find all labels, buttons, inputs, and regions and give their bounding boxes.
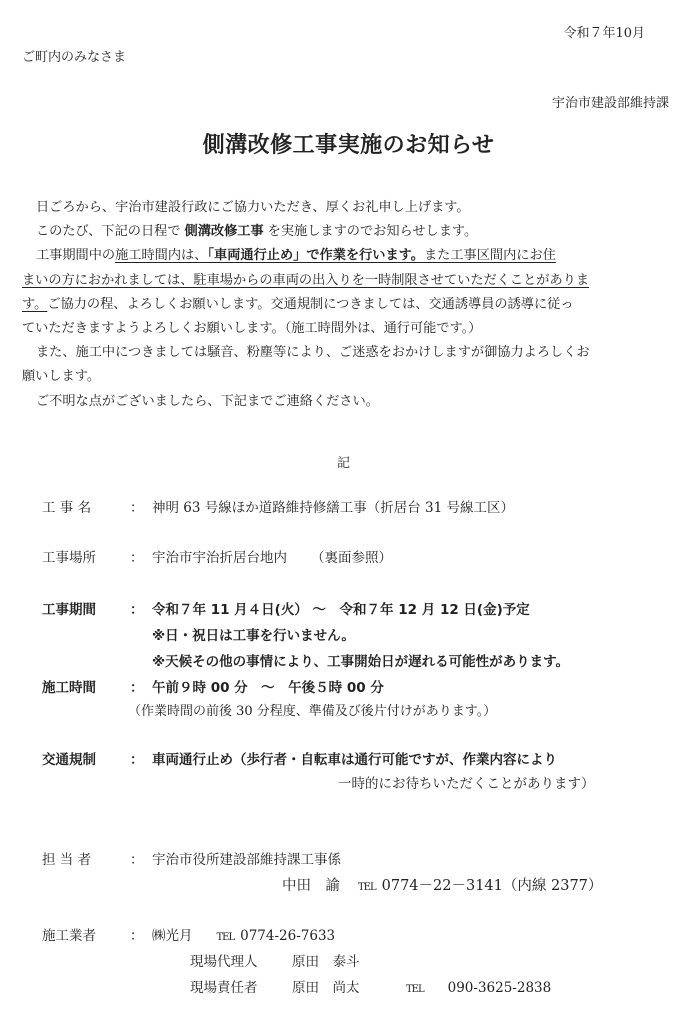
paragraph-noise-line2: 願いします。 bbox=[22, 365, 682, 389]
project-name-row: 工 事 名：神明 63 号線ほか道路維持修繕工事（折居台 31 号線工区） bbox=[42, 496, 514, 516]
contractor-company: ㈱光月 bbox=[152, 928, 193, 944]
colon: ： bbox=[130, 598, 152, 618]
road-closure-emphasis: 「車両通行止め」で作業を行います。 bbox=[207, 248, 424, 263]
site-agent-row: 現場代理人原田 泰斗 bbox=[190, 950, 360, 970]
colon: ： bbox=[130, 546, 152, 566]
site-manager-row: 現場責任者原田 尚太TEL090-3625-2838 bbox=[190, 976, 551, 996]
location-note: （裏面参照） bbox=[311, 550, 392, 566]
paragraph-restriction-line2: まいの方におかれましては、駐車場からの車両の出入りを一時制限させていただくことが… bbox=[22, 269, 682, 293]
paragraph-contact: ご不明な点がございましたら、下記までご連絡ください。 bbox=[22, 390, 682, 414]
hours-note: （作業時間の前後 30 分程度、準備及び後片付けがあります。） bbox=[128, 700, 496, 719]
tel-icon: TEL bbox=[358, 882, 376, 893]
project-name-value: 神明 63 号線ほか道路維持修繕工事（折居台 31 号線工区） bbox=[152, 500, 514, 516]
contractor-tel: 0774-26-7633 bbox=[240, 928, 335, 944]
traffic-value-line1: 車両通行止め（歩行者・自転車は通行可能ですが、作業内容により bbox=[152, 752, 557, 768]
ki-heading: 記 bbox=[337, 452, 350, 471]
tel-icon: TEL bbox=[217, 932, 235, 943]
text: を実施しますのでお知らせします。 bbox=[268, 224, 478, 239]
paragraph-announcement: このたび、下記の日程で側溝改修工事を実施しますのでお知らせします。 bbox=[22, 220, 682, 244]
text: 工事期間中の bbox=[36, 248, 115, 263]
period-row: 工事期間：令和７年 11 月４日(火） ～ 令和７年 12 月 12 日(金)予… bbox=[42, 598, 530, 618]
period-label: 工事期間 bbox=[42, 598, 130, 618]
underlined-text: まいの方におかれましては、駐車場からの車両の出入りを一時制限させていただくことが… bbox=[22, 273, 589, 288]
traffic-value-line2: 一時的にお待ちいただくことがあります） bbox=[338, 772, 595, 792]
colon: ： bbox=[130, 924, 152, 944]
site-manager-name: 原田 尚太 bbox=[292, 976, 406, 996]
paragraph-noise-line1: また、施工中につきましては騒音、粉塵等により、ご迷惑をおかけしますが御協力よろし… bbox=[22, 341, 682, 365]
contact-person-row: 中田 諭TEL0774－22－3141（内線 2377） bbox=[282, 874, 602, 895]
colon: ： bbox=[130, 676, 152, 696]
site-manager-tel: 090-3625-2838 bbox=[448, 980, 552, 996]
hours-label: 施工時間 bbox=[42, 676, 130, 696]
contractor-label: 施工業者 bbox=[42, 924, 130, 944]
contact-department: 宇治市役所建設部維持課工事係 bbox=[152, 852, 341, 868]
colon: ： bbox=[130, 748, 152, 768]
period-note-holidays: ※日・祝日は工事を行いません。 bbox=[152, 624, 355, 644]
site-agent-role: 現場代理人 bbox=[190, 950, 292, 970]
contact-row: 担 当 者：宇治市役所建設部維持課工事係 bbox=[42, 848, 341, 868]
underlined-text: 施工時間内は、 bbox=[115, 248, 207, 263]
project-type-emphasis: 側溝改修工事 bbox=[185, 224, 264, 239]
site-agent-name: 原田 泰斗 bbox=[292, 954, 360, 970]
paragraph-restriction-line1: 工事期間中の施工時間内は、「車両通行止め」で作業を行います。また工事区間内にお住 bbox=[22, 244, 682, 268]
traffic-label: 交通規制 bbox=[42, 748, 130, 768]
contact-tel: 0774－22－3141（内線 2377） bbox=[382, 878, 603, 894]
period-note-weather: ※天候その他の事情により、工事開始日が遅れる可能性があります。 bbox=[152, 650, 569, 670]
paragraph-restriction-line4: ていただきますようよろしくお願いします。（施工時間外は、通行可能です。） bbox=[22, 317, 682, 341]
contractor-row: 施工業者：㈱光月TEL0774-26-7633 bbox=[42, 924, 335, 944]
site-manager-role: 現場責任者 bbox=[190, 976, 292, 996]
paragraph-restriction-line3: す。ご協力の程、よろしくお願いします。交通規制につきましては、交通誘導員の誘導に… bbox=[22, 293, 682, 317]
location-row: 工事場所：宇治市宇治折居台地内（裏面参照） bbox=[42, 546, 392, 566]
notice-body: 日ごろから、宇治市建設行政にご協力いただき、厚くお礼申し上げます。 このたび、下… bbox=[22, 196, 682, 414]
paragraph-greeting: 日ごろから、宇治市建設行政にご協力いただき、厚くお礼申し上げます。 bbox=[22, 196, 682, 220]
colon: ： bbox=[130, 848, 152, 868]
underlined-text: す。 bbox=[22, 297, 47, 312]
colon: ： bbox=[130, 496, 152, 516]
recipient: ご町内のみなさま bbox=[22, 46, 126, 65]
tel-icon: TEL bbox=[406, 984, 424, 995]
location-label: 工事場所 bbox=[42, 546, 130, 566]
text: ご協力の程、よろしくお願いします。交通規制につきましては、交通誘導員の誘導に従っ bbox=[47, 297, 573, 312]
contact-person: 中田 諭 bbox=[282, 878, 340, 894]
location-value: 宇治市宇治折居台地内 bbox=[152, 550, 287, 566]
issuer-department: 宇治市建設部維持課 bbox=[552, 92, 669, 111]
hours-row: 施工時間：午前９時 00 分 ～ 午後５時 00 分 bbox=[42, 676, 384, 696]
underlined-text: また工事区間内にお住 bbox=[424, 248, 556, 263]
notice-date: 令和７年10月 bbox=[563, 22, 645, 41]
project-name-label: 工 事 名 bbox=[42, 496, 130, 516]
traffic-row: 交通規制：車両通行止め（歩行者・自転車は通行可能ですが、作業内容により bbox=[42, 748, 557, 768]
text: このたび、下記の日程で bbox=[36, 224, 181, 239]
hours-value: 午前９時 00 分 ～ 午後５時 00 分 bbox=[152, 680, 384, 696]
document-title: 側溝改修工事実施のお知らせ bbox=[0, 128, 697, 159]
contact-label: 担 当 者 bbox=[42, 848, 130, 868]
period-value: 令和７年 11 月４日(火） ～ 令和７年 12 月 12 日(金)予定 bbox=[152, 602, 530, 618]
